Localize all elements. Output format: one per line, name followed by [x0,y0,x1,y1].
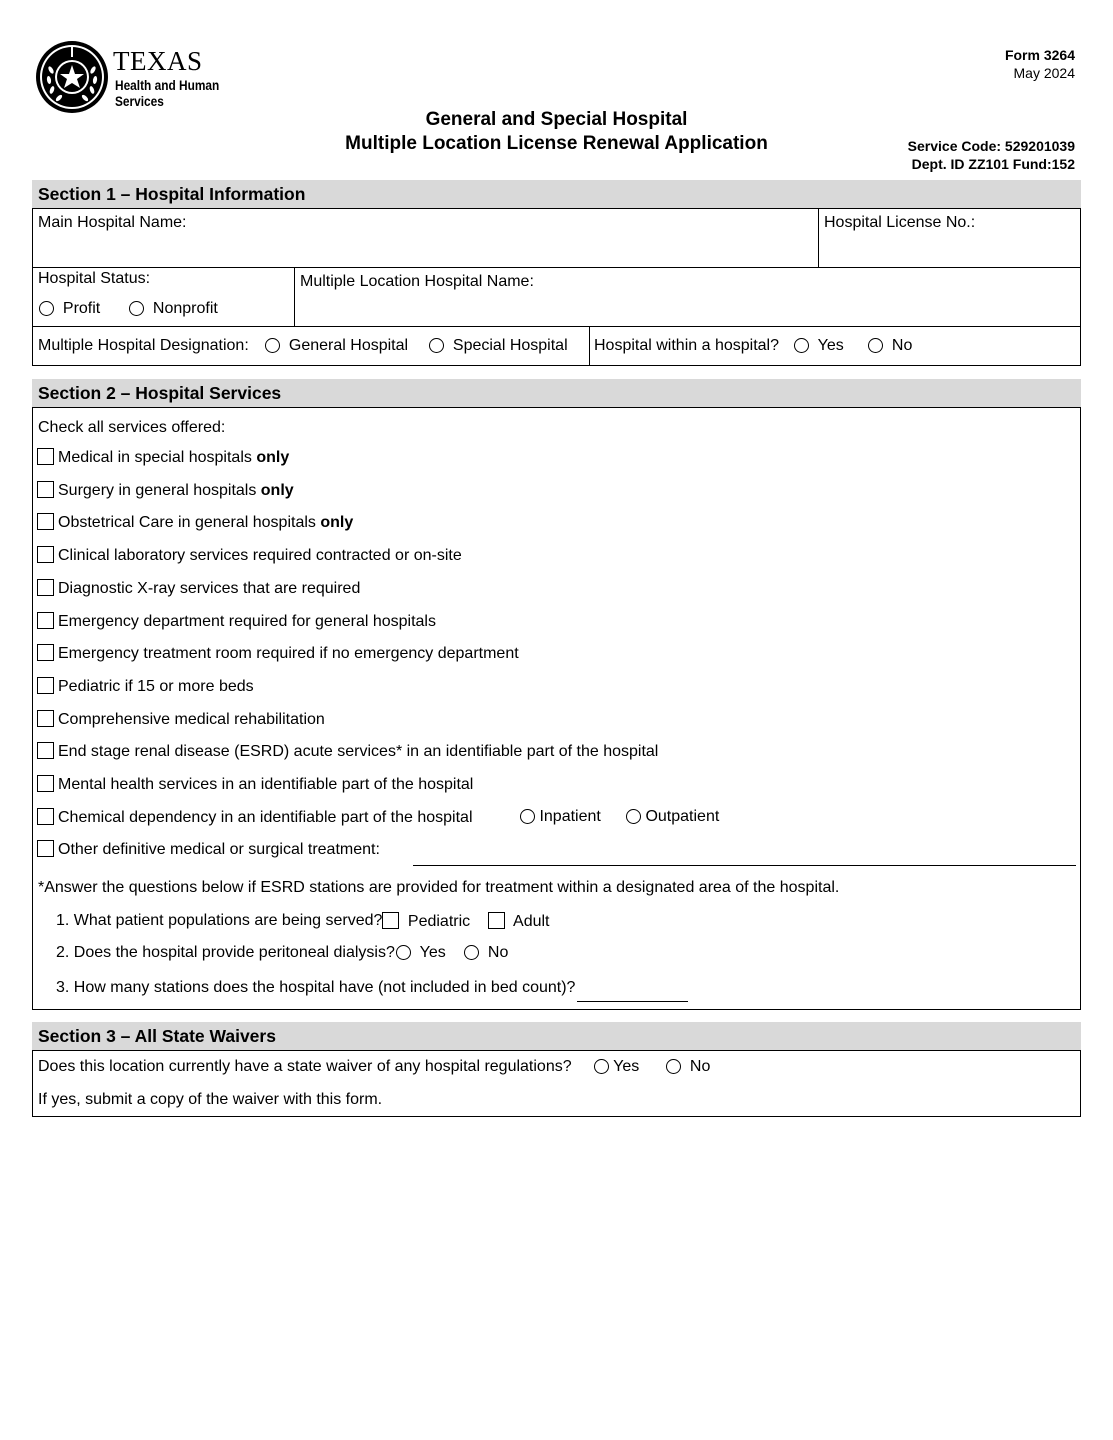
radio-icon[interactable] [666,1059,681,1074]
agency-logo: TEXAS Health and Human Services [35,40,235,116]
license-no-field[interactable]: Hospital License No.: [819,209,1080,268]
service-label: Medical in special hospitals [58,449,256,466]
radio-icon[interactable] [464,945,479,960]
option-label: No [488,944,508,961]
section-2-header: Section 2 – Hospital Services [32,379,1081,407]
service-label: End stage renal disease (ESRD) acute ser… [58,743,658,760]
service-label: Clinical laboratory services required co… [58,547,462,564]
service-item[interactable]: Comprehensive medical rehabilitation [37,710,325,729]
option-label: General Hospital [289,337,408,354]
designation-option-special[interactable]: Special Hospital [429,337,568,355]
service-label: Emergency treatment room required if no … [58,645,519,662]
service-item[interactable]: Emergency treatment room required if no … [37,644,519,663]
checkbox-icon[interactable] [37,481,54,498]
q2-option-no[interactable]: No [464,944,508,962]
radio-icon[interactable] [520,809,535,824]
designation-label: Multiple Hospital Designation: [38,337,249,355]
service-code: Service Code: 529201039 [908,137,1075,155]
service-item[interactable]: Emergency department required for genera… [37,612,436,631]
status-option-nonprofit[interactable]: Nonprofit [129,300,218,318]
service-item[interactable]: Diagnostic X-ray services that are requi… [37,579,360,598]
chemical-option-inpatient[interactable]: Inpatient [520,808,601,826]
service-item[interactable]: Medical in special hospitals only [37,448,289,467]
option-label: Yes [818,337,844,354]
q1-option-adult[interactable]: Adult [488,912,549,931]
service-item[interactable]: End stage renal disease (ESRD) acute ser… [37,742,658,761]
checkbox-icon[interactable] [37,677,54,694]
service-item[interactable]: Obstetrical Care in general hospitals on… [37,513,353,532]
waiver-note: If yes, submit a copy of the waiver with… [38,1091,382,1109]
hospital-status-group: Hospital Status: Profit Nonprofit [33,268,295,327]
q3-label: 3. How many stations does the hospital h… [56,979,575,997]
checkbox-icon[interactable] [382,912,399,929]
service-label-emphasis: only [261,482,294,499]
waiver-option-no[interactable]: No [666,1058,710,1076]
texas-state-seal-icon [35,40,109,114]
option-label: Profit [63,300,100,317]
service-label: Emergency department required for genera… [58,613,436,630]
service-label: Other definitive medical or surgical tre… [58,841,380,858]
stations-count-input[interactable] [577,1001,688,1002]
title-line-1: General and Special Hospital [0,108,1113,132]
checkbox-icon[interactable] [37,710,54,727]
option-label: Special Hospital [453,337,568,354]
checkbox-icon[interactable] [37,808,54,825]
service-item[interactable]: Surgery in general hospitals only [37,481,294,500]
chemical-option-outpatient[interactable]: Outpatient [626,808,719,826]
hospital-status-label: Hospital Status: [38,270,150,288]
option-label: Yes [420,944,446,961]
radio-icon[interactable] [594,1059,609,1074]
services-intro: Check all services offered: [38,419,225,437]
license-no-label: Hospital License No.: [824,214,975,232]
checkbox-icon[interactable] [37,775,54,792]
checkbox-icon[interactable] [37,546,54,563]
checkbox-icon[interactable] [37,612,54,629]
multi-location-name-label: Multiple Location Hospital Name: [300,273,534,291]
checkbox-icon[interactable] [488,912,505,929]
form-date: May 2024 [1005,64,1075,82]
form-number: Form 3264 [1005,46,1075,64]
option-label: Nonprofit [153,300,218,317]
option-label: Pediatric [408,913,470,930]
radio-icon[interactable] [429,338,444,353]
checkbox-icon[interactable] [37,579,54,596]
service-label: Diagnostic X-ray services that are requi… [58,580,360,597]
logo-agency-text: Health and Human Services [115,78,219,110]
service-label: Comprehensive medical rehabilitation [58,711,325,728]
designation-group: Multiple Hospital Designation: General H… [33,327,590,365]
q1-label: 1. What patient populations are being se… [56,912,382,930]
hwh-option-yes[interactable]: Yes [794,337,844,355]
waiver-question: Does this location currently have a stat… [38,1058,572,1076]
service-label-emphasis: only [256,449,289,466]
service-item[interactable]: Other definitive medical or surgical tre… [37,840,380,859]
service-label-emphasis: only [320,514,353,531]
service-label: Mental health services in an identifiabl… [58,776,473,793]
form-identifier: Form 3264 May 2024 [1005,46,1075,82]
radio-icon[interactable] [265,338,280,353]
waiver-option-yes[interactable]: Yes [594,1058,639,1076]
other-treatment-input[interactable] [413,865,1076,866]
designation-option-general[interactable]: General Hospital [265,337,408,355]
section-3-box: Does this location currently have a stat… [32,1050,1081,1117]
radio-icon[interactable] [868,338,883,353]
logo-texas-text: TEXAS [113,48,203,75]
main-hospital-name-label: Main Hospital Name: [38,214,187,232]
option-label: Outpatient [645,808,719,825]
option-label: No [690,1058,710,1075]
service-item[interactable]: Pediatric if 15 or more beds [37,677,254,696]
radio-icon[interactable] [626,809,641,824]
checkbox-icon[interactable] [37,513,54,530]
radio-icon[interactable] [794,338,809,353]
section-1-header: Section 1 – Hospital Information [32,180,1081,208]
checkbox-icon[interactable] [37,644,54,661]
service-item[interactable]: Mental health services in an identifiabl… [37,775,473,794]
option-label: No [892,337,912,354]
hwh-option-no[interactable]: No [868,337,912,355]
logo-line-2: Health and Human [115,78,219,94]
section-3-header: Section 3 – All State Waivers [32,1022,1081,1050]
radio-icon[interactable] [129,301,144,316]
multi-location-name-field[interactable]: Multiple Location Hospital Name: [295,268,1080,327]
radio-icon[interactable] [396,945,411,960]
radio-icon[interactable] [39,301,54,316]
hwh-label: Hospital within a hospital? [594,337,779,355]
esrd-note: *Answer the questions below if ESRD stat… [38,879,839,897]
hospital-within-hospital-group: Hospital within a hospital? Yes No [590,327,1080,365]
option-label: Adult [513,913,549,930]
q1-option-pediatric[interactable]: Pediatric [382,912,470,931]
service-info: Service Code: 529201039 Dept. ID ZZ101 F… [908,137,1075,173]
checkbox-icon[interactable] [37,742,54,759]
section-2-box: Check all services offered: Medical in s… [32,407,1081,1010]
option-label: Yes [613,1058,639,1075]
q2-option-yes[interactable]: Yes [396,944,446,962]
checkbox-icon[interactable] [37,448,54,465]
service-label: Surgery in general hospitals [58,482,261,499]
main-hospital-name-field[interactable]: Main Hospital Name: [33,209,819,268]
dept-fund: Dept. ID ZZ101 Fund:152 [908,155,1075,173]
option-label: Inpatient [539,808,600,825]
service-label: Chemical dependency in an identifiable p… [58,809,473,826]
status-option-profit[interactable]: Profit [39,300,100,318]
section-1-box: Main Hospital Name: Hospital License No.… [32,208,1081,366]
checkbox-icon[interactable] [37,840,54,857]
service-label: Obstetrical Care in general hospitals [58,514,320,531]
service-item[interactable]: Clinical laboratory services required co… [37,546,462,565]
service-label: Pediatric if 15 or more beds [58,678,254,695]
q2-label: 2. Does the hospital provide peritoneal … [56,944,395,962]
service-item[interactable]: Chemical dependency in an identifiable p… [37,808,473,827]
